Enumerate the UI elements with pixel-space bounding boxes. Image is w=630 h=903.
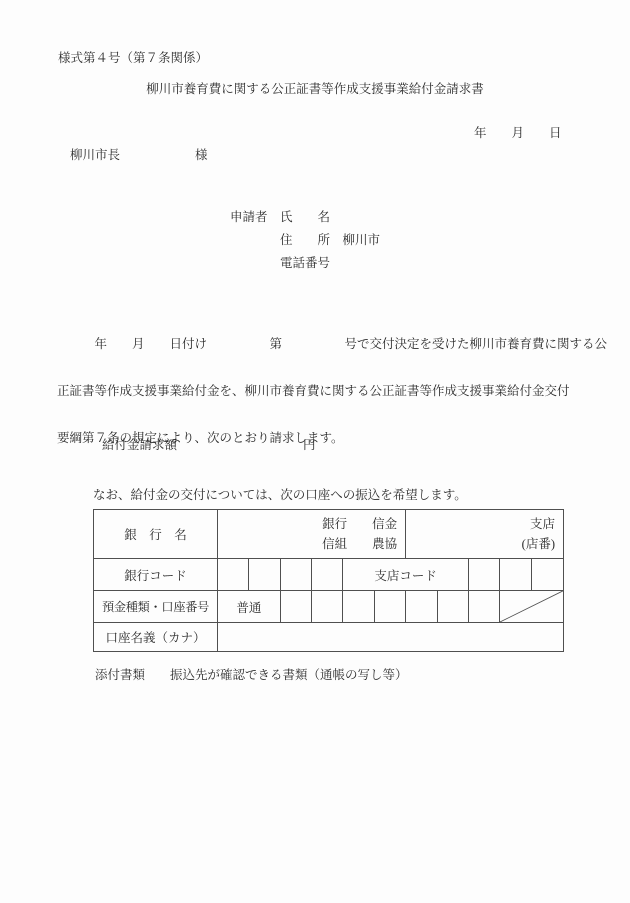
addressee-line: 柳川市長 様: [70, 148, 208, 162]
bank-account-table: 銀 行 名 銀行 信金 信組 農協 支店 (店番) 銀行コード 支店コード 預金…: [93, 509, 564, 652]
date-line: 年 月 日: [474, 126, 562, 140]
account-number-digit-box: [469, 591, 500, 623]
bank-code-digit-box: [249, 559, 280, 591]
bank-code-digit-box: [218, 559, 249, 591]
bank-name-entry-cell: 銀行 信金 信組 農協: [218, 510, 406, 559]
amount-unit-yen: 円: [303, 438, 316, 452]
applicant-address-line: 住 所 柳川市: [280, 233, 380, 247]
branch-code-label-cell: 支店コード: [343, 559, 468, 591]
form-number: 様式第４号（第７条関係）: [58, 51, 208, 65]
branch-code-digit-box: [500, 559, 531, 591]
request-paragraph: 年 月 日付け 第 号で交付決定を受けた柳川市養育費に関する公 正証書等作成支援…: [57, 333, 617, 451]
account-number-digit-box: [343, 591, 374, 623]
page-title: 柳川市養育費に関する公正証書等作成支援事業給付金請求書: [0, 82, 630, 96]
request-paragraph-line1: 年 月 日付け 第 号で交付決定を受けた柳川市養育費に関する公: [57, 337, 607, 351]
bank-type-options-line1: 銀行 信金: [322, 514, 397, 534]
deposit-type-label-cell: 預金種類・口座番号: [94, 591, 218, 623]
account-holder-entry-cell: [218, 623, 563, 651]
scanned-form-page: 様式第４号（第７条関係） 柳川市養育費に関する公正証書等作成支援事業給付金請求書…: [0, 0, 630, 903]
account-number-digit-box: [406, 591, 437, 623]
account-number-digit-box: [375, 591, 406, 623]
branch-label-line1: 支店: [530, 514, 555, 534]
request-paragraph-line2: 正証書等作成支援事業給付金を、柳川市養育費に関する公正証書等作成支援事業給付金交…: [57, 384, 570, 398]
branch-label-line2: (店番): [522, 534, 555, 554]
bank-code-digit-box: [312, 559, 343, 591]
request-paragraph-line3: 要綱第７条の規定により、次のとおり請求します。: [57, 431, 344, 445]
transfer-note: なお、給付金の交付については、次の口座への振込を希望します。: [93, 488, 467, 502]
account-holder-label-cell: 口座名義（カナ）: [94, 623, 218, 651]
applicant-phone-line: 電話番号: [280, 256, 330, 270]
bank-code-label-cell: 銀行コード: [94, 559, 218, 591]
branch-entry-cell: 支店 (店番): [406, 510, 563, 559]
amount-label: 給付金請求額: [102, 438, 177, 452]
deposit-type-value-cell: 普通: [218, 591, 281, 623]
bank-type-options-line2: 信組 農協: [322, 534, 397, 554]
bank-name-label-cell: 銀 行 名: [94, 510, 218, 559]
unused-diagonal-cell: [500, 591, 563, 623]
account-number-digit-box: [438, 591, 469, 623]
account-number-digit-box: [312, 591, 343, 623]
diagonal-slash-icon: [500, 591, 563, 622]
applicant-name-line: 申請者 氏 名: [230, 210, 330, 224]
attachment-line: 添付書類 振込先が確認できる書類（通帳の写し等）: [95, 668, 408, 682]
branch-code-digit-box: [532, 559, 563, 591]
account-number-digit-box: [281, 591, 312, 623]
branch-code-digit-box: [469, 559, 500, 591]
bank-code-digit-box: [281, 559, 312, 591]
